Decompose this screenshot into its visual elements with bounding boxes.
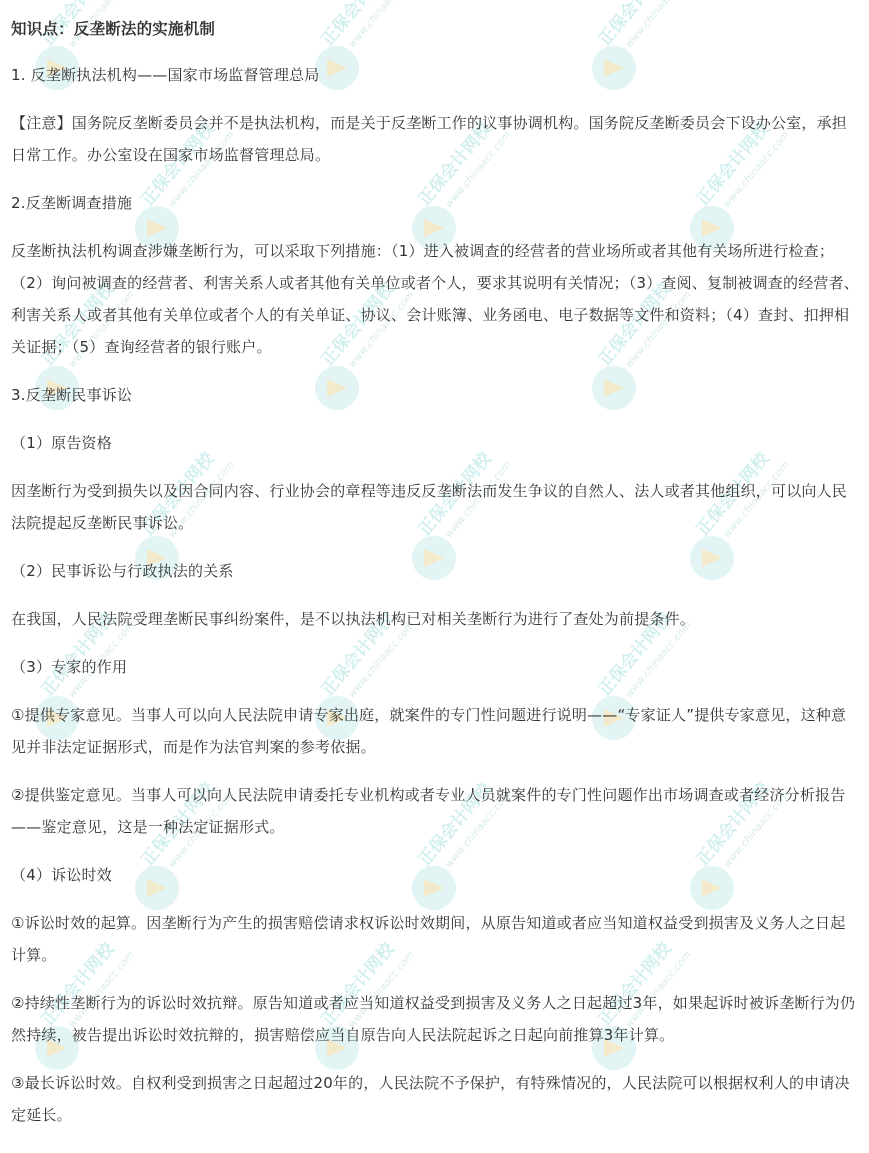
section-heading-civil-litigation: 3.反垄断民事诉讼 — [11, 379, 859, 411]
continuous-monopoly-paragraph: ②持续性垄断行为的诉讼时效抗辩。原告知道或者应当知道权益受到损害及义务人之日起超… — [11, 987, 859, 1051]
limitation-start-paragraph: ①诉讼时效的起算。因垄断行为产生的损害赔偿请求权诉讼时效期间，从原告知道或者应当… — [11, 907, 859, 971]
section-heading-investigation-measures: 2.反垄断调查措施 — [11, 187, 859, 219]
expert-opinion-paragraph: ①提供专家意见。当事人可以向人民法院申请专家出庭，就案件的专门性问题进行说明——… — [11, 699, 859, 763]
page-title: 知识点：反垄断法的实施机制 — [11, 13, 859, 45]
note-paragraph: 【注意】国务院反垄断委员会并不是执法机构，而是关于反垄断工作的议事协调机构。国务… — [11, 107, 859, 171]
appraisal-opinion-paragraph: ②提供鉴定意见。当事人可以向人民法院申请委托专业机构或者专业人员就案件的专门性问… — [11, 779, 859, 843]
subheading-limitation-period: （4）诉讼时效 — [11, 859, 859, 891]
subheading-expert-role: （3）专家的作用 — [11, 651, 859, 683]
civil-administrative-paragraph: 在我国，人民法院受理垄断民事纠纷案件，是不以执法机构已对相关垄断行为进行了查处为… — [11, 603, 859, 635]
longest-limitation-paragraph: ③最长诉讼时效。自权利受到损害之日起超过20年的，人民法院不予保护，有特殊情况的… — [11, 1067, 859, 1131]
plaintiff-qualification-paragraph: 因垄断行为受到损失以及因合同内容、行业协会的章程等违反反垄断法而发生争议的自然人… — [11, 475, 859, 539]
section-heading-enforcement-agency: 1. 反垄断执法机构——国家市场监督管理总局 — [11, 59, 859, 91]
document-body: 知识点：反垄断法的实施机制 1. 反垄断执法机构——国家市场监督管理总局 【注意… — [0, 0, 869, 1131]
subheading-civil-administrative-relation: （2）民事诉讼与行政执法的关系 — [11, 555, 859, 587]
investigation-measures-paragraph: 反垄断执法机构调查涉嫌垄断行为，可以采取下列措施：（1）进入被调查的经营者的营业… — [11, 235, 859, 363]
subheading-plaintiff-qualification: （1）原告资格 — [11, 427, 859, 459]
